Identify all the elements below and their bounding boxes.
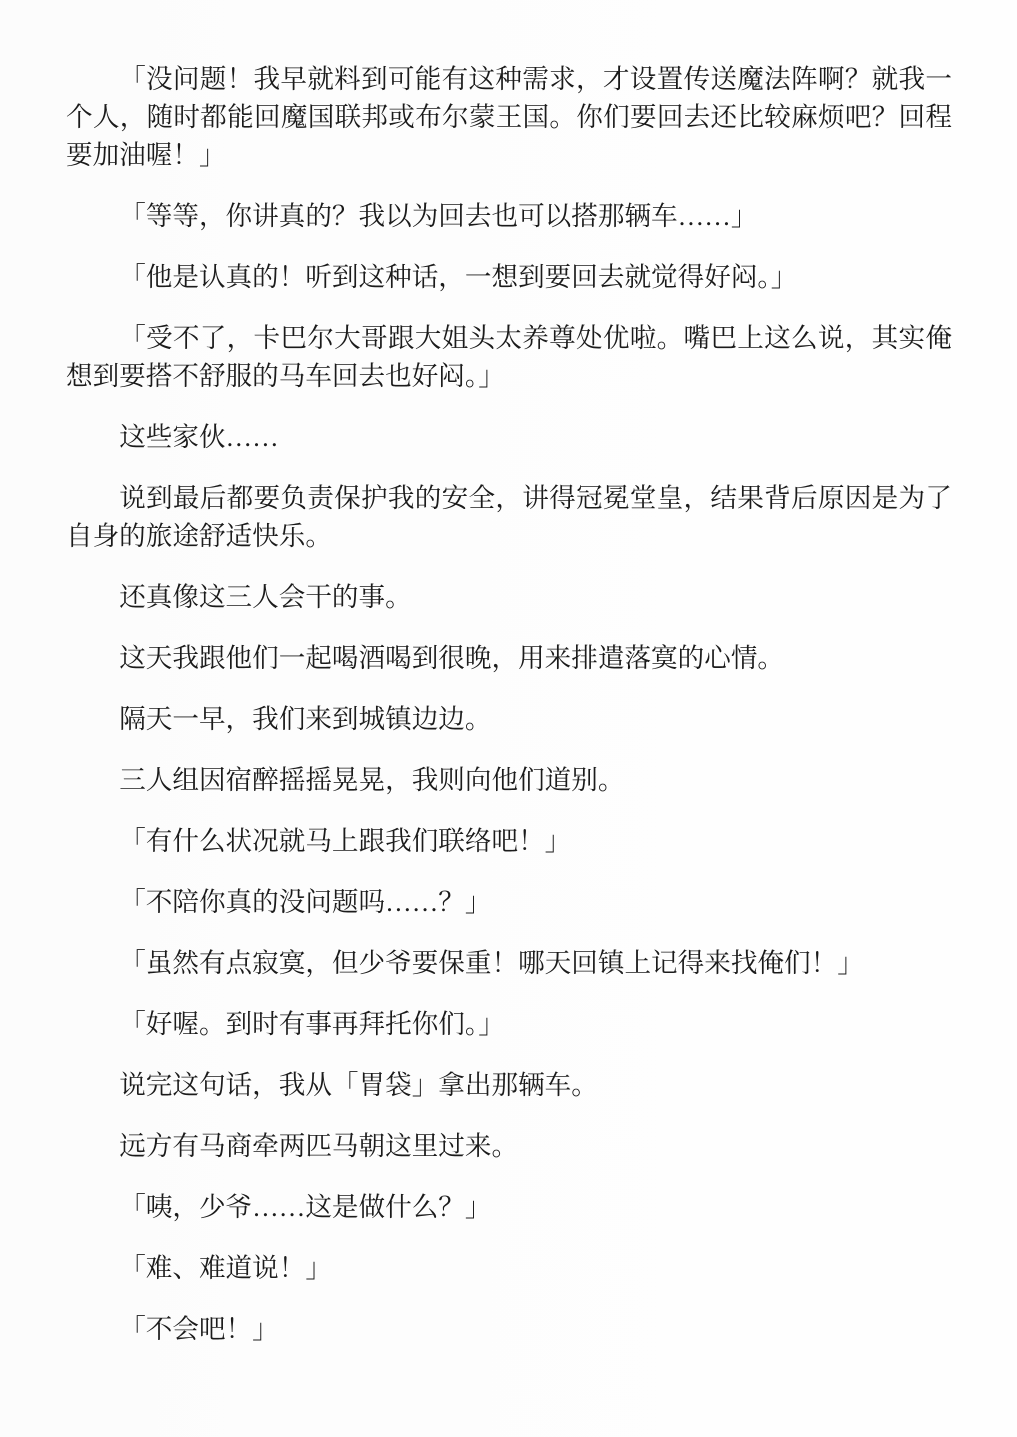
novel-page: 「没问题！我早就料到可能有这种需求，才设置传送魔法阵啊？就我一个人，随时都能回魔… xyxy=(0,0,1017,1437)
paragraph: 「虽然有点寂寞，但少爷要保重！哪天回镇上记得来找俺们！」 xyxy=(66,944,952,982)
paragraph: 「不陪你真的没问题吗……？」 xyxy=(66,883,952,921)
paragraph: 「咦，少爷……这是做什么？」 xyxy=(66,1188,952,1226)
paragraph: 「没问题！我早就料到可能有这种需求，才设置传送魔法阵啊？就我一个人，随时都能回魔… xyxy=(66,60,952,174)
paragraph: 这天我跟他们一起喝酒喝到很晚，用来排遣落寞的心情。 xyxy=(66,639,952,677)
paragraph: 还真像这三人会干的事。 xyxy=(66,578,952,616)
paragraph: 「难、难道说！」 xyxy=(66,1249,952,1287)
paragraph: 隔天一早，我们来到城镇边边。 xyxy=(66,700,952,738)
paragraph: 「好喔。到时有事再拜托你们。」 xyxy=(66,1005,952,1043)
paragraph: 说完这句话，我从「胃袋」拿出那辆车。 xyxy=(66,1066,952,1104)
paragraph: 远方有马商牵两匹马朝这里过来。 xyxy=(66,1127,952,1165)
paragraph: 「他是认真的！听到这种话，一想到要回去就觉得好闷。」 xyxy=(66,258,952,296)
paragraph: 「不会吧！」 xyxy=(66,1310,952,1348)
paragraph: 「有什么状况就马上跟我们联络吧！」 xyxy=(66,822,952,860)
paragraph: 「受不了，卡巴尔大哥跟大姐头太养尊处优啦。嘴巴上这么说，其实俺想到要搭不舒服的马… xyxy=(66,319,952,395)
novel-text-block: 「没问题！我早就料到可能有这种需求，才设置传送魔法阵啊？就我一个人，随时都能回魔… xyxy=(66,60,952,1348)
paragraph: 说到最后都要负责保护我的安全，讲得冠冕堂皇，结果背后原因是为了自身的旅途舒适快乐… xyxy=(66,479,952,555)
paragraph: 「等等，你讲真的？我以为回去也可以搭那辆车……」 xyxy=(66,197,952,235)
paragraph: 三人组因宿醉摇摇晃晃，我则向他们道别。 xyxy=(66,761,952,799)
paragraph: 这些家伙…… xyxy=(66,418,952,456)
